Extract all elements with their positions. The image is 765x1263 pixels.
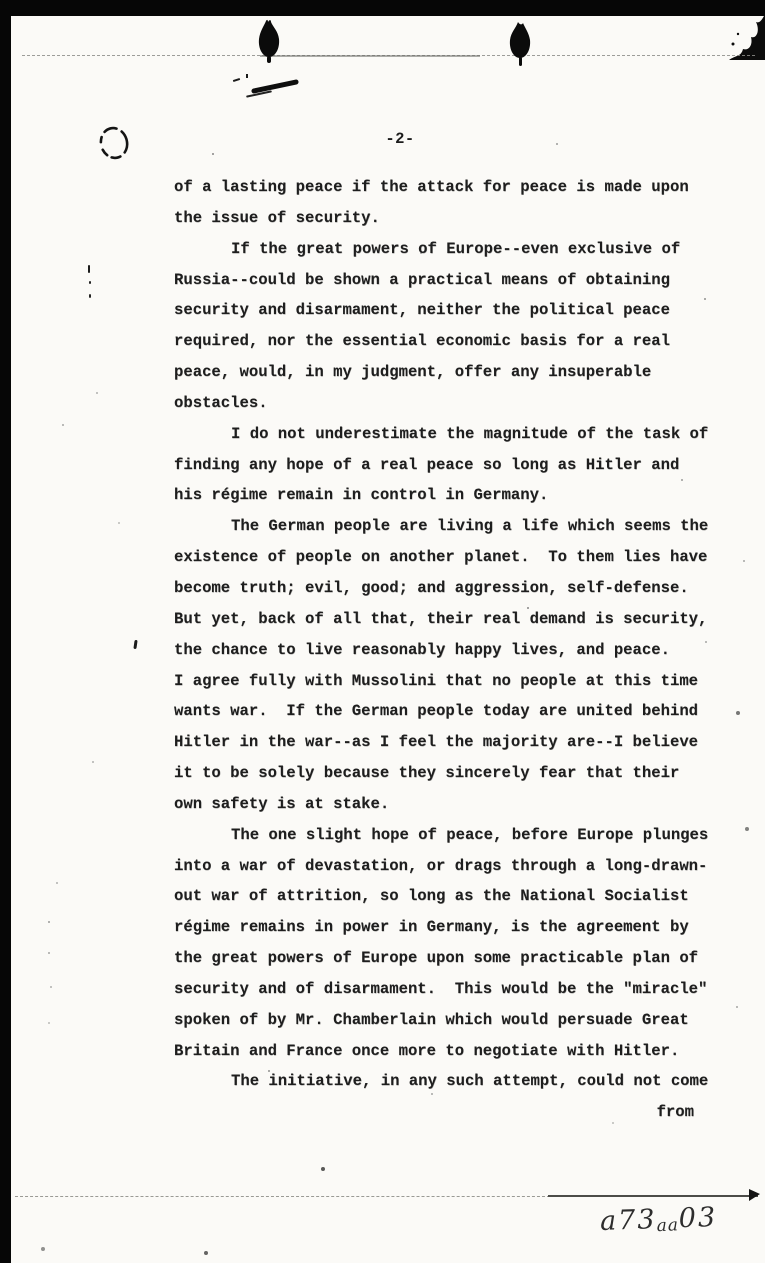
fold-line-bottom [15, 1196, 550, 1197]
text-line: But yet, back of all that, their real de… [174, 604, 722, 635]
pen-dot-mark [246, 74, 248, 78]
text-line: The German people are living a life whic… [174, 511, 722, 542]
text-line: the great powers of Europe upon some pra… [174, 943, 722, 974]
text-line: finding any hope of a real peace so long… [174, 450, 722, 481]
fastener-blot-icon [257, 19, 281, 65]
fold-line-bottom-dark-segment [548, 1195, 758, 1197]
text-line: The one slight hope of peace, before Eur… [174, 820, 722, 851]
text-line: spoken of by Mr. Chamberlain which would… [174, 1005, 722, 1036]
stray-mark [133, 640, 137, 649]
text-line: security and of disarmament. This would … [174, 974, 722, 1005]
document-body: of a lasting peace if the attack for pea… [174, 172, 722, 1128]
text-line: Russia--could be shown a practical means… [174, 265, 722, 296]
text-line: The initiative, in any such attempt, cou… [174, 1066, 722, 1097]
text-line: the chance to live reasonably happy live… [174, 635, 722, 666]
text-line: Hitler in the war--as I feel the majorit… [174, 727, 722, 758]
stray-mark [89, 294, 91, 298]
text-line: out war of attrition, so long as the Nat… [174, 881, 722, 912]
text-line: régime remains in power in Germany, is t… [174, 912, 722, 943]
stray-mark [88, 265, 90, 273]
text-line: I agree fully with Mussolini that no peo… [174, 666, 722, 697]
archive-code-segment: a73 [599, 1204, 657, 1237]
text-line: into a war of devastation, or drags thro… [174, 851, 722, 882]
text-line: the issue of security. [174, 203, 722, 234]
text-line: it to be solely because they sincerely f… [174, 758, 722, 789]
text-line: own safety is at stake. [174, 789, 722, 820]
text-line: wants war. If the German people today ar… [174, 696, 722, 727]
pen-smudge-mark [251, 79, 299, 94]
fold-line-arrow-icon [749, 1189, 760, 1201]
handwritten-archive-code: a73aa03 [599, 1202, 717, 1237]
archive-code-segment: aa [656, 1215, 679, 1236]
text-line: his régime remain in control in Germany. [174, 480, 722, 511]
stray-mark [89, 281, 91, 284]
scan-edge-left [0, 0, 11, 1263]
text-line: security and disarmament, neither the po… [174, 295, 722, 326]
text-line: existence of people on another planet. T… [174, 542, 722, 573]
scan-edge-top [0, 0, 765, 16]
text-line: obstacles. [174, 388, 722, 419]
text-line: become truth; evil, good; and aggression… [174, 573, 722, 604]
text-line: I do not underestimate the magnitude of … [174, 419, 722, 450]
text-line: Britain and France once more to negotiat… [174, 1036, 722, 1067]
text-line: required, nor the essential economic bas… [174, 326, 722, 357]
text-line: of a lasting peace if the attack for pea… [174, 172, 722, 203]
text-line: If the great powers of Europe--even excl… [174, 234, 722, 265]
fastener-blot-icon [508, 21, 532, 67]
scanned-page: -2- of a lasting peace if the attack for… [0, 0, 765, 1263]
text-line: peace, would, in my judgment, offer any … [174, 357, 722, 388]
fold-line-top-dark-segment [260, 55, 480, 57]
archive-code-segment: 03 [678, 1202, 717, 1234]
pen-dash-mark [233, 78, 240, 82]
page-number: -2- [0, 130, 765, 148]
text-line: from [174, 1097, 722, 1128]
scan-speckles [0, 0, 2, 2]
